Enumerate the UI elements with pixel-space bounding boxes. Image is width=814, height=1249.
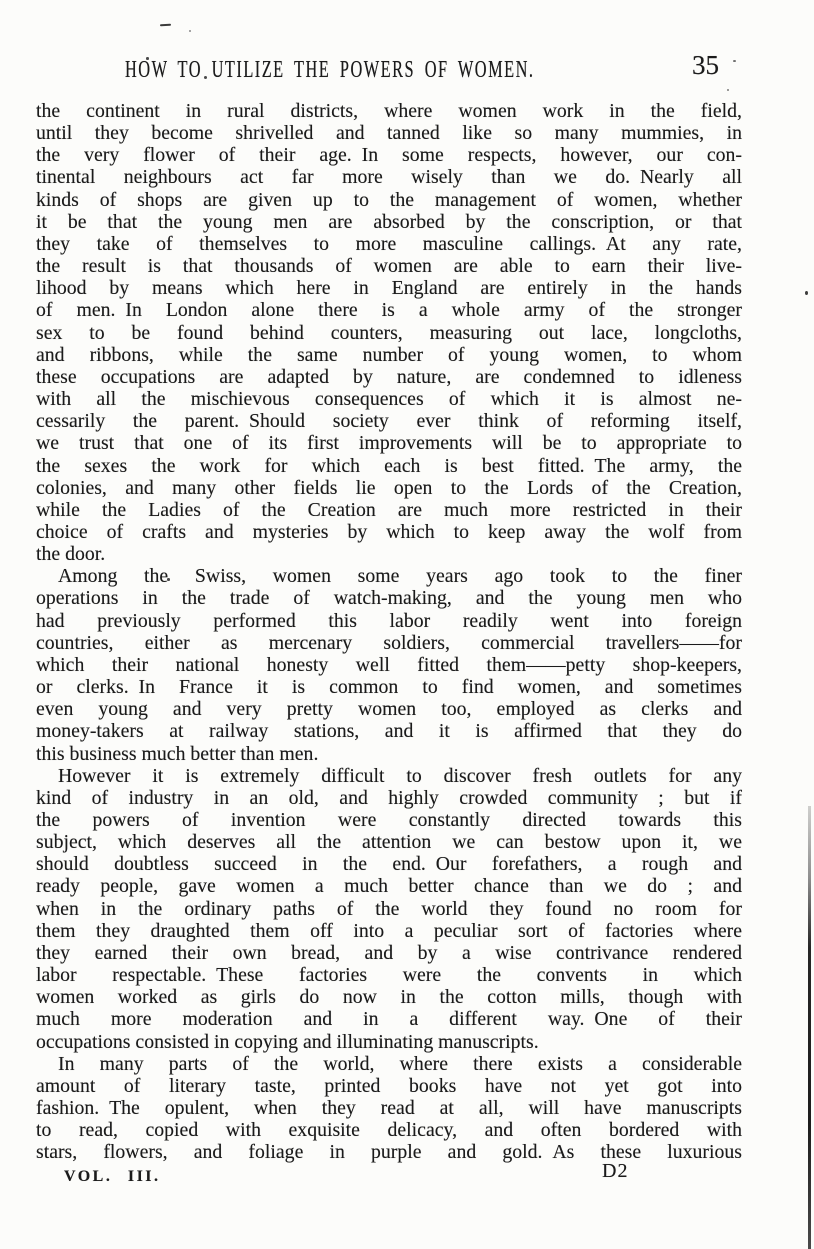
text-line: to read, copied with exquisite delicacy,… xyxy=(36,1119,742,1141)
text-line: tinental neighbours act far more wisely … xyxy=(36,166,742,188)
text-line: sex to be found behind counters, measuri… xyxy=(36,322,742,344)
text-line: had previously performed this labor read… xyxy=(36,610,742,632)
text-line: cessarily the parent. Should society eve… xyxy=(36,410,742,432)
text-line: countries, either as mercenary soldiers,… xyxy=(36,632,742,654)
text-line: and ribbons, while the same number of yo… xyxy=(36,344,742,366)
text-line: fashion. The opulent, when they read at … xyxy=(36,1097,742,1119)
text-line: or clerks. In France it is common to fin… xyxy=(36,676,742,698)
text-line: the sexes the work for which each is bes… xyxy=(36,455,742,477)
text-line: colonies, and many other fields lie open… xyxy=(36,477,742,499)
text-line: occupations consisted in copying and ill… xyxy=(36,1031,742,1053)
text-line: with all the mischievous consequences of… xyxy=(36,388,742,410)
text-line: operations in the trade of watch-making,… xyxy=(36,587,742,609)
text-line: However it is extremely difficult to dis… xyxy=(36,765,742,787)
text-line: they earned their own bread, and by a wi… xyxy=(36,942,742,964)
text-line: this business much better than men. xyxy=(36,743,742,765)
text-line: choice of crafts and mysteries by which … xyxy=(36,521,742,543)
scan-speck xyxy=(727,89,729,91)
text-line: In many parts of the world, where there … xyxy=(36,1053,742,1075)
text-line: they take of themselves to more masculin… xyxy=(36,233,742,255)
text-line: amount of literary taste, printed books … xyxy=(36,1075,742,1097)
text-line: when in the ordinary paths of the world … xyxy=(36,898,742,920)
text-line: the very flower of their age. In some re… xyxy=(36,144,742,166)
text-line: subject, which deserves all the attentio… xyxy=(36,831,742,853)
text-line: while the Ladies of the Creation are muc… xyxy=(36,499,742,521)
scan-edge-line-artifact xyxy=(808,806,811,1249)
text-line: even young and very pretty women too, em… xyxy=(36,698,742,720)
text-line: lihood by means which here in England ar… xyxy=(36,277,742,299)
scan-speck xyxy=(805,291,808,295)
text-line: which their national honesty well fitted… xyxy=(36,654,742,676)
scan-speck xyxy=(146,57,149,60)
volume-label: VOL. III. xyxy=(64,1168,161,1186)
text-line: labor respectable. These factories were … xyxy=(36,964,742,986)
page-number: 35 xyxy=(692,50,719,81)
text-line: these occupations are adapted by nature,… xyxy=(36,366,742,388)
text-line: Among the Swiss, women some years ago to… xyxy=(36,565,742,587)
text-line: of men. In London alone there is a whole… xyxy=(36,299,742,321)
scan-speck xyxy=(189,30,191,32)
text-line: ready people, gave women a much better c… xyxy=(36,875,742,897)
text-line: until they become shrivelled and tanned … xyxy=(36,122,742,144)
text-line: the continent in rural districts, where … xyxy=(36,100,742,122)
scan-speck xyxy=(160,24,171,27)
scan-speck xyxy=(204,76,207,79)
scan-speck xyxy=(733,60,736,62)
text-line: should doubtless succeed in the end. Our… xyxy=(36,853,742,875)
text-line: women worked as girls do now in the cott… xyxy=(36,986,742,1008)
running-head-title: HOW TO UTILIZE THE POWERS OF WOMEN. xyxy=(125,57,534,84)
book-page: HOW TO UTILIZE THE POWERS OF WOMEN. 35 t… xyxy=(0,0,814,1249)
text-line: much more moderation and in a different … xyxy=(36,1008,742,1030)
text-line: the door. xyxy=(36,543,742,565)
scan-speck xyxy=(167,578,170,581)
text-block: the continent in rural districts, where … xyxy=(36,100,742,1164)
text-line: them they draughted them off into a pecu… xyxy=(36,920,742,942)
text-line: the powers of invention were constantly … xyxy=(36,809,742,831)
text-line: the result is that thousands of women ar… xyxy=(36,255,742,277)
text-line: kinds of shops are given up to the manag… xyxy=(36,189,742,211)
text-line: it be that the young men are absorbed by… xyxy=(36,211,742,233)
text-line: kind of industry in an old, and highly c… xyxy=(36,787,742,809)
text-line: stars, flowers, and foliage in purple an… xyxy=(36,1141,742,1163)
text-line: we trust that one of its first improveme… xyxy=(36,432,742,454)
printer-signature-mark: D2 xyxy=(602,1160,628,1183)
text-line: money-takers at railway stations, and it… xyxy=(36,720,742,742)
